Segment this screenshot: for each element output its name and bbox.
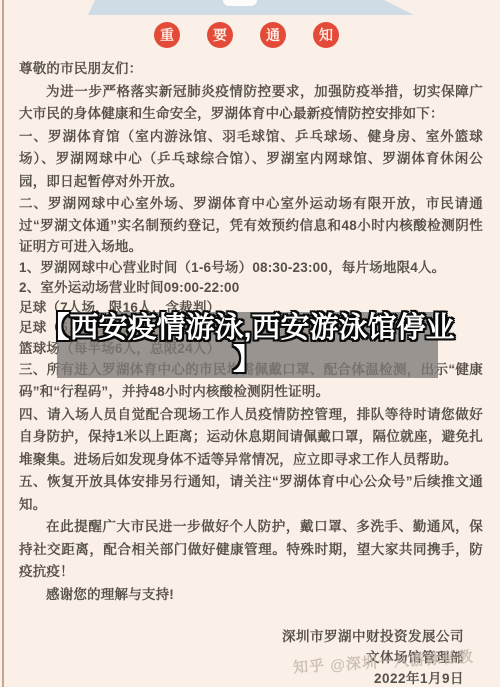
banner-char-circle: 重	[154, 22, 180, 48]
signature-company: 深圳市罗湖中财投资发展公司	[282, 626, 464, 647]
notice-thanks: 感谢您的理解与支持!	[19, 584, 483, 607]
banner-char-circle: 要	[207, 22, 233, 48]
caption-line-1: 【西安疫情游泳,西安游泳馆停业	[40, 312, 454, 344]
banner-char-circle: 通	[260, 22, 286, 48]
notice-section-4: 四、请入场人员自觉配合现场工作人员疫情防控管理，排队等待时请您做好自身防护，保持…	[19, 404, 483, 472]
left-border-line	[2, 0, 4, 687]
notice-section-5: 五、恢复开放具体安排另行通知，请关注“罗湖体育中心公众号”后续推文通知。	[19, 471, 483, 516]
banner-char: 要	[213, 28, 227, 42]
banner-char: 通	[266, 28, 280, 42]
banner-char-circle: 知	[313, 22, 339, 48]
notice-page: 重 要 通 知 尊敬的市民朋友们： 为进一步严格落实新冠肺炎疫情防控要求，加强防…	[0, 0, 500, 687]
sub-item-tennis-hours: 1、罗湖网球中心营业时间（1-6号场）08:30-23:00，每片场地限4人。	[19, 258, 483, 278]
sub-item-outdoor-hours: 2、室外运动场营业时间09:00-22:00	[19, 278, 483, 298]
notice-intro: 为进一步严格落实新冠肺炎疫情防控要求，加强防疫举措，切实保障广大市民的身体健康和…	[19, 81, 483, 126]
banner-char: 重	[160, 28, 174, 42]
notice-section-5-extra: 在此提醒广大市民进一步做好个人防护，戴口罩、多洗手、勤通风，保持社交距离，配合相…	[19, 516, 483, 584]
notice-section-2: 二、罗湖网球中心室外场、罗湖体育中心室外运动场有限开放，市民请通过“罗湖文体通”…	[19, 193, 483, 258]
banner-char: 知	[319, 28, 333, 42]
notice-greeting: 尊敬的市民朋友们：	[19, 58, 483, 81]
notice-section-1: 一、罗湖体育馆（室内游泳馆、羽毛球馆、乒乓球场、健身房、室外篮球场）、罗湖网球中…	[19, 126, 483, 194]
caption-overlay: 【西安疫情游泳,西安游泳馆停业 】	[57, 312, 438, 378]
banner-notch	[223, 0, 257, 6]
caption-line-2: 】	[233, 344, 262, 376]
banner-title: 重 要 通 知	[154, 22, 339, 48]
